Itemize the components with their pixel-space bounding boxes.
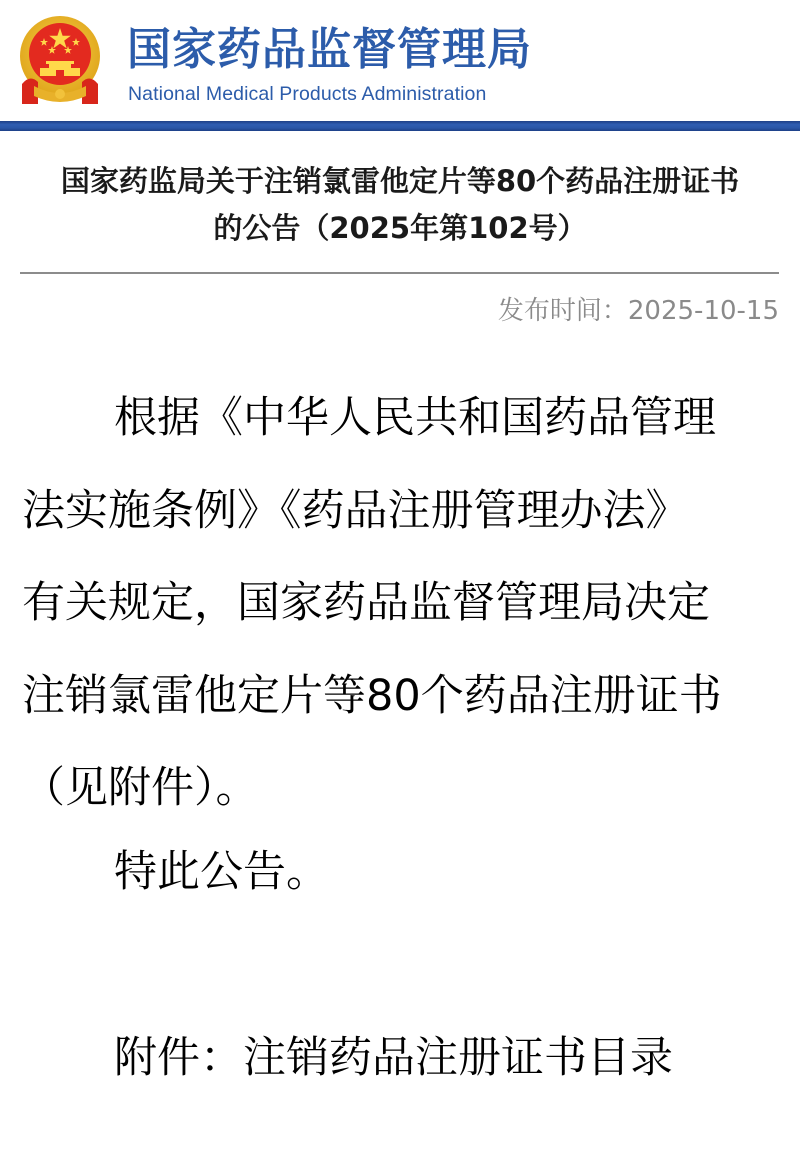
body-line: 法实施条例》《药品注册管理办法》 <box>22 465 782 558</box>
title-divider <box>20 272 779 274</box>
title-line-1: 国家药监局关于注销氯雷他定片等80个药品注册证书 <box>0 158 800 205</box>
site-header: 国家药品监督管理局 National Medical Products Admi… <box>0 0 800 121</box>
closing-statement: 特此公告。 <box>114 842 329 902</box>
body-line: 根据《中华人民共和国药品管理 <box>22 372 782 465</box>
publish-date-value: 2025-10-15 <box>628 296 779 326</box>
logo-english-name[interactable]: National Medical Products Administration <box>128 81 486 107</box>
publish-date-label: 发布时间： <box>498 296 628 326</box>
attachment-link[interactable]: 附件：注销药品注册证书目录 <box>114 1028 673 1088</box>
body-line: （见附件）。 <box>22 742 782 835</box>
article-body: 根据《中华人民共和国药品管理 法实施条例》《药品注册管理办法》 有关规定，国家药… <box>22 372 782 835</box>
logo-chinese-name[interactable]: 国家药品监督管理局 <box>127 24 532 76</box>
header-divider-bar <box>0 121 800 131</box>
publish-date: 发布时间：2025-10-15 <box>498 293 779 329</box>
title-line-2: 的公告（2025年第102号） <box>0 205 800 252</box>
body-line: 注销氯雷他定片等80个药品注册证书 <box>22 650 782 743</box>
article-title: 国家药监局关于注销氯雷他定片等80个药品注册证书 的公告（2025年第102号） <box>0 158 800 252</box>
national-emblem-icon <box>16 14 104 108</box>
body-line: 有关规定，国家药品监督管理局决定 <box>22 557 782 650</box>
